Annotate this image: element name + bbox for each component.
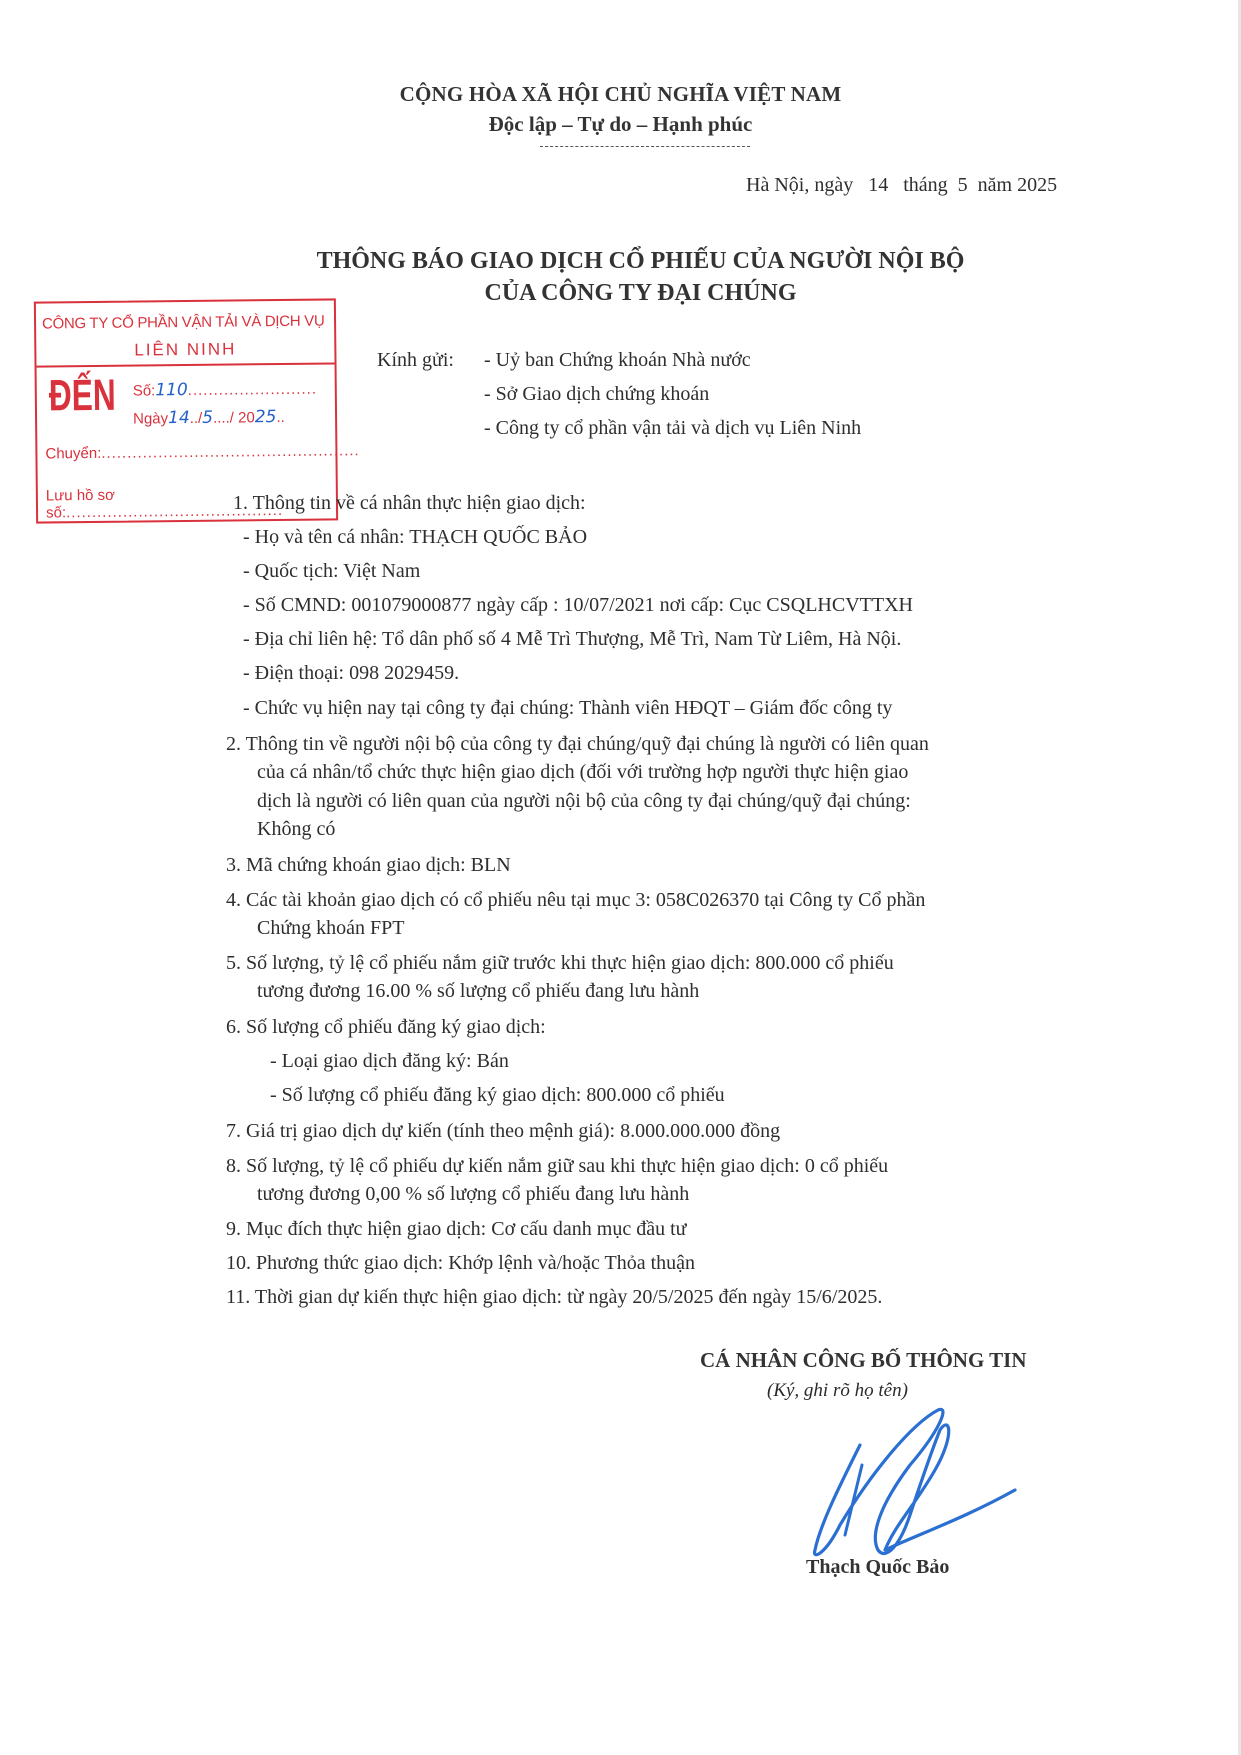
item8-line: 8. Số lượng, tỷ lệ cổ phiếu dự kiến nắm … <box>226 1155 888 1178</box>
stamp-received-label: ĐẾN <box>49 371 116 422</box>
stamp-date-row: Ngày14../5..../ 2025.. <box>133 407 285 429</box>
stamp-date-month: 5 <box>202 408 213 428</box>
item11-period: 11. Thời gian dự kiến thực hiện giao dịc… <box>226 1286 882 1309</box>
stamp-forward-label: Chuyển: <box>45 445 101 463</box>
item6-sub: - Loại giao dịch đăng ký: Bán <box>270 1050 509 1073</box>
item6-sub: - Số lượng cổ phiếu đăng ký giao dịch: 8… <box>270 1084 725 1107</box>
item5-line: tương đương 16.00 % số lượng cổ phiếu đa… <box>257 980 699 1003</box>
item10-method: 10. Phương thức giao dịch: Khớp lệnh và/… <box>226 1252 695 1275</box>
recipient-item: - Uỷ ban Chứng khoán Nhà nước <box>484 349 751 372</box>
stamp-year-prefix: 20 <box>238 409 255 426</box>
recipients-label: Kính gửi: <box>377 349 454 372</box>
stamp-number-label: Số: <box>133 382 156 399</box>
item4-line: 4. Các tài khoản giao dịch có cổ phiếu n… <box>226 889 925 912</box>
item7-value: 7. Giá trị giao dịch dự kiến (tính theo … <box>226 1120 780 1143</box>
item2-line: Không có <box>257 818 335 841</box>
received-stamp: CÔNG TY CỔ PHẦN VẬN TẢI VÀ DỊCH VỤ LIÊN … <box>34 298 338 523</box>
stamp-number-value: 110 <box>155 380 188 400</box>
section1-item-nationality: - Quốc tịch: Việt Nam <box>243 560 420 583</box>
signature-icon <box>800 1405 1020 1565</box>
stamp-company-line1: CÔNG TY CỔ PHẦN VẬN TẢI VÀ DỊCH VỤ <box>42 313 325 333</box>
section1-item-position: - Chức vụ hiện nay tại công ty đại chúng… <box>243 697 892 720</box>
section1-item-name: - Họ và tên cá nhân: THẠCH QUỐC BẢO <box>243 526 587 549</box>
section1-item-id: - Số CMND: 001079000877 ngày cấp : 10/07… <box>243 594 913 617</box>
document-title-line1: THÔNG BÁO GIAO DỊCH CỔ PHIẾU CỦA NGƯỜI N… <box>20 248 1241 275</box>
stamp-number-row: Số:110......................... <box>133 379 317 401</box>
section1-item-phone: - Điện thoại: 098 2029459. <box>243 662 459 685</box>
recipient-item: - Sở Giao dịch chứng khoán <box>484 383 709 406</box>
stamp-forward-row: Chuyển:.................................… <box>45 442 359 462</box>
national-title: CỘNG HÒA XÃ HỘI CHỦ NGHĨA VIỆT NAM <box>0 82 1241 107</box>
item9-purpose: 9. Mục đích thực hiện giao dịch: Cơ cấu … <box>226 1218 686 1241</box>
item2-line: dịch là người có liên quan của người nội… <box>257 790 911 813</box>
stamp-date-day: 14 <box>168 408 190 428</box>
stamp-company-line2: LIÊN NINH <box>36 338 334 361</box>
item6-heading: 6. Số lượng cổ phiếu đăng ký giao dịch: <box>226 1016 546 1039</box>
item8-line: tương đương 0,00 % số lượng cổ phiếu đan… <box>257 1183 689 1206</box>
signature-title: CÁ NHÂN CÔNG BỐ THÔNG TIN <box>700 1348 1027 1373</box>
signatory-name: Thạch Quốc Bảo <box>806 1556 949 1579</box>
stamp-date-label: Ngày <box>133 410 168 427</box>
recipient-item: - Công ty cổ phần vận tải và dịch vụ Liê… <box>484 417 861 440</box>
header-divider <box>540 146 750 147</box>
signature-instruction: (Ký, ghi rõ họ tên) <box>767 1380 908 1402</box>
section1-heading: 1. Thông tin về cá nhân thực hiện giao d… <box>233 492 586 515</box>
section1-item-address: - Địa chỉ liên hệ: Tổ dân phố số 4 Mễ Tr… <box>243 628 901 651</box>
item2-line: của cá nhân/tổ chức thực hiện giao dịch … <box>257 761 908 784</box>
item5-line: 5. Số lượng, tỷ lệ cổ phiếu nắm giữ trướ… <box>226 952 894 975</box>
item2-line: 2. Thông tin về người nội bộ của công ty… <box>226 733 929 756</box>
item4-line: Chứng khoán FPT <box>257 917 405 940</box>
stamp-year-suffix: 25 <box>255 407 277 427</box>
stamp-divider <box>37 362 335 367</box>
item3-stock-code: 3. Mã chứng khoán giao dịch: BLN <box>226 854 511 877</box>
national-motto: Độc lập – Tự do – Hạnh phúc <box>0 112 1241 137</box>
place-date: Hà Nội, ngày 14 tháng 5 năm 2025 <box>746 174 1057 197</box>
